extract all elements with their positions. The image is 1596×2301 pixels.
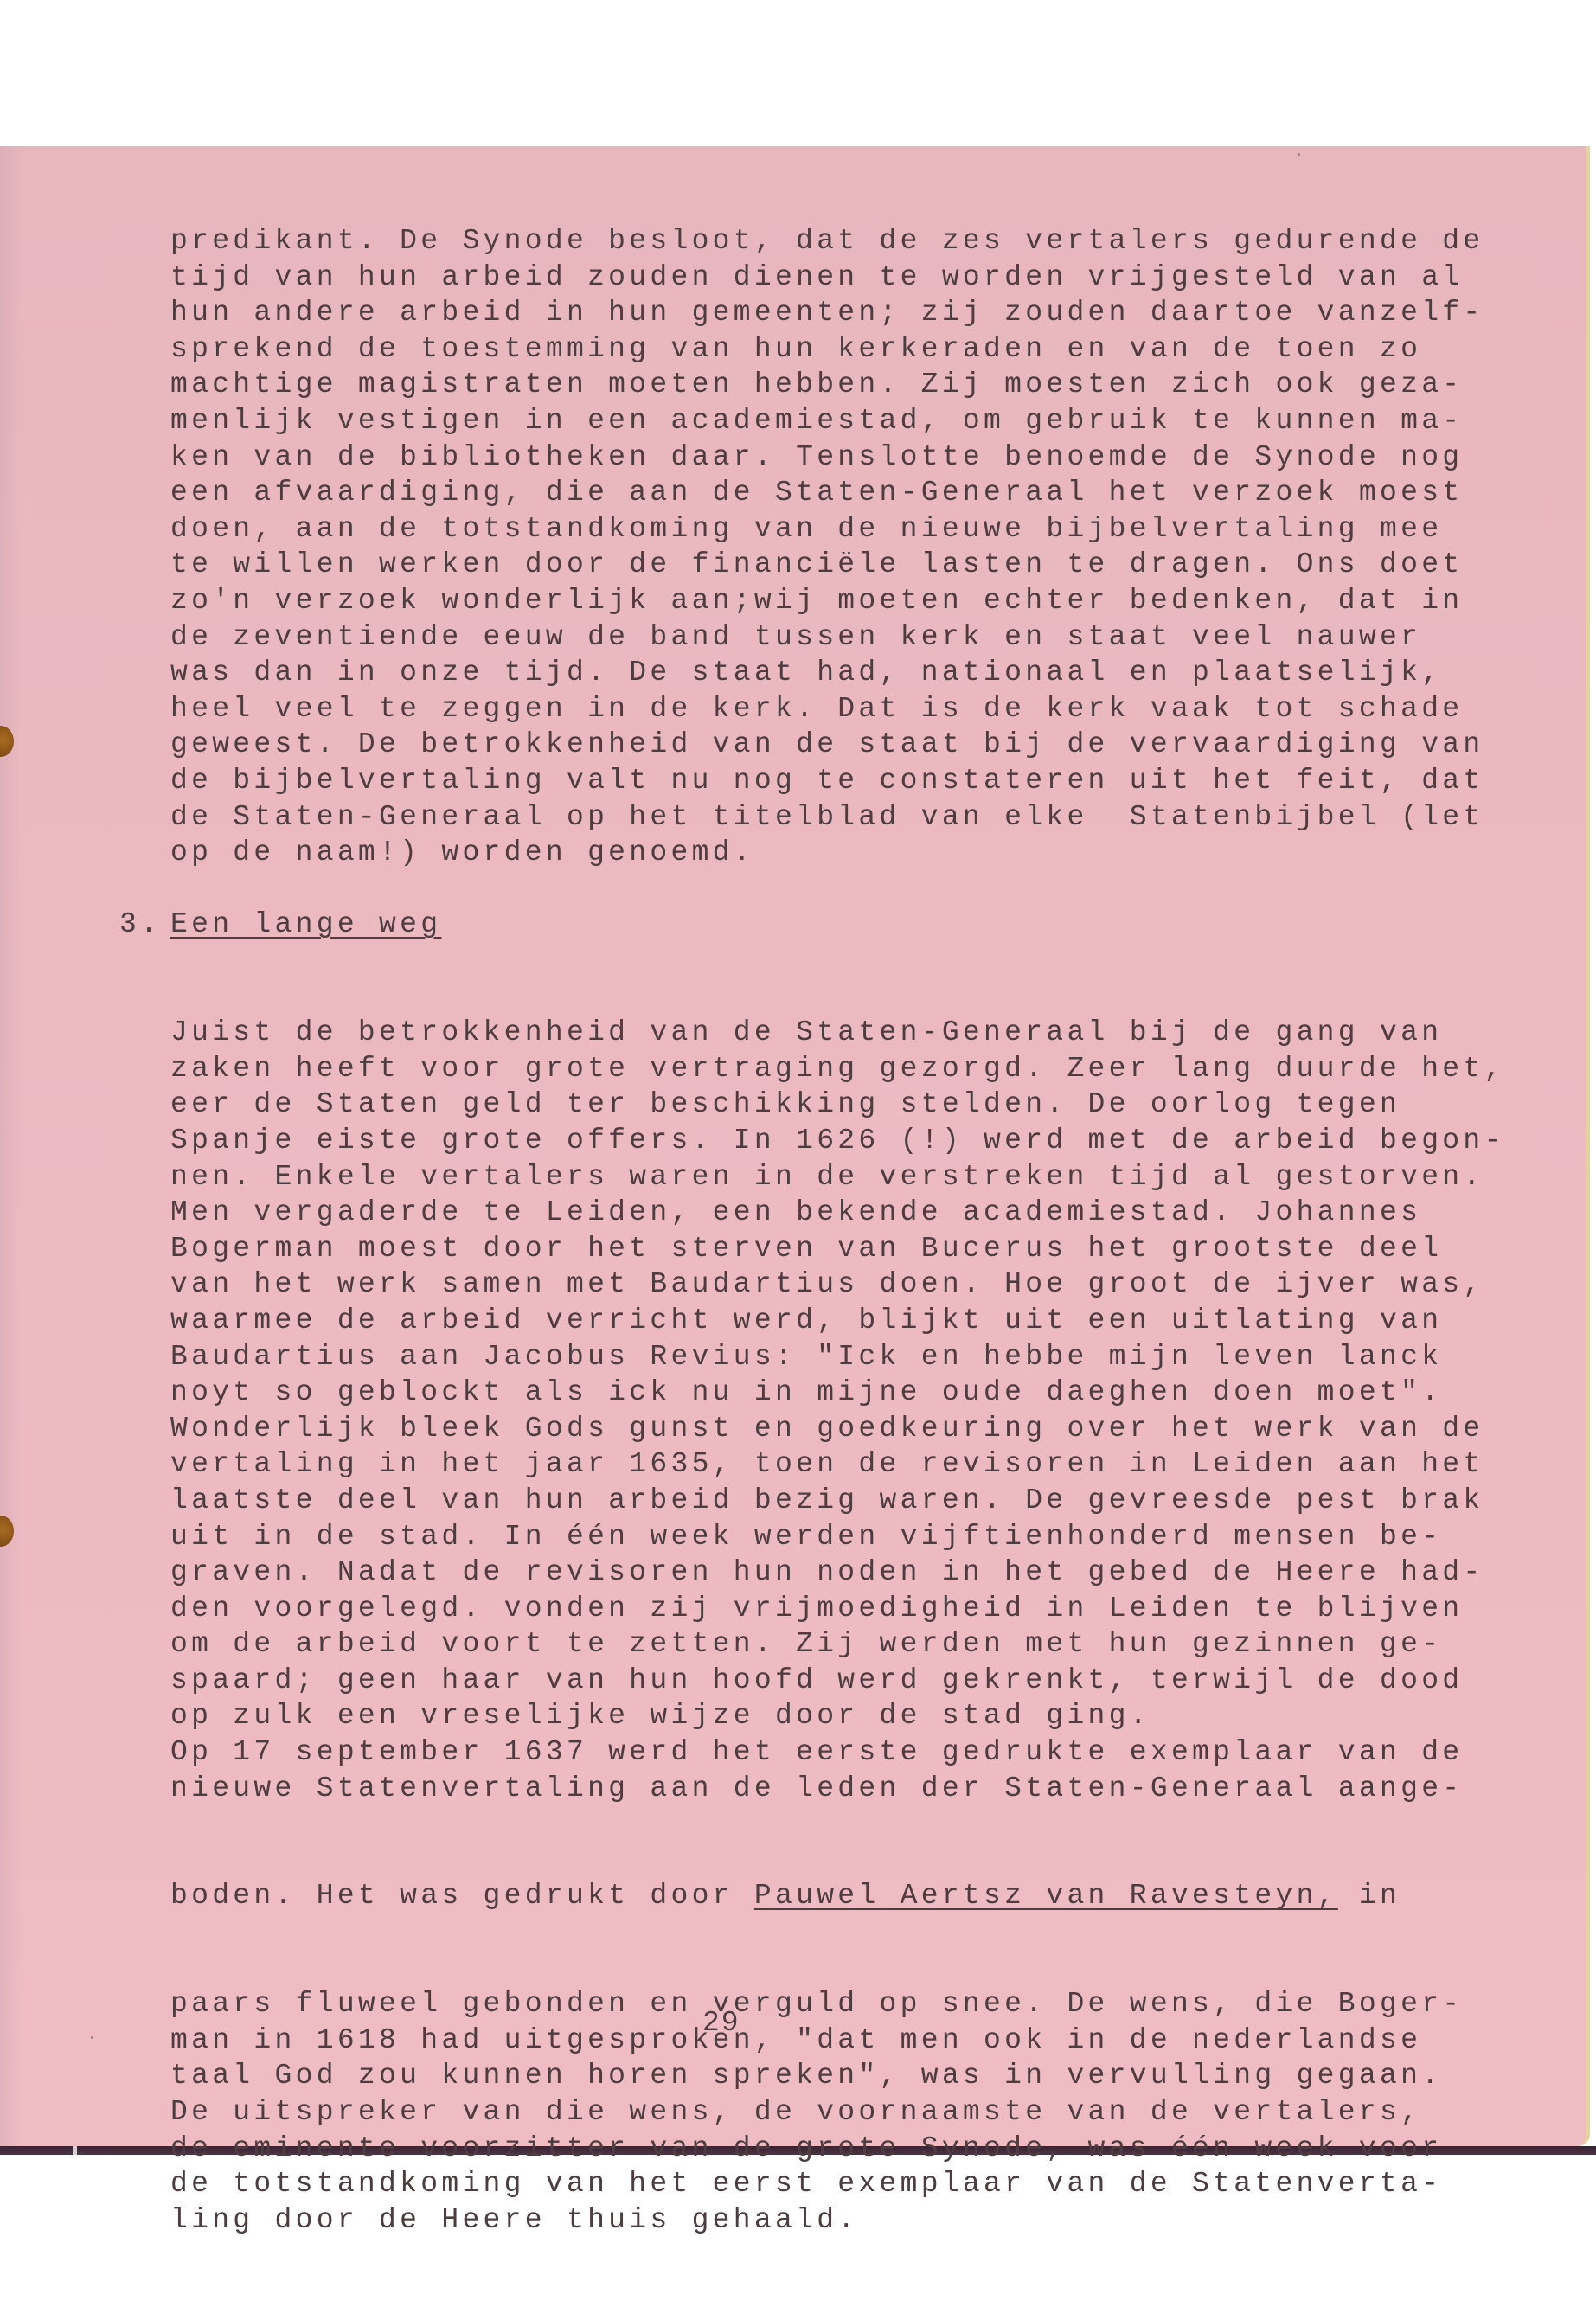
text-line: den voorgelegd. vonden zij vrijmoedighei…: [170, 1591, 1505, 1627]
text-line: een afvaardiging, die aan de Staten-Gene…: [170, 475, 1484, 511]
text-line: waarmee de arbeid verricht werd, blijkt …: [170, 1303, 1505, 1339]
printer-name-underlined: Pauwel Aertsz van Ravesteyn,: [754, 1880, 1338, 1912]
text-line: op zulk een vreselijke wijze door de sta…: [170, 1698, 1505, 1734]
text-line: was dan in onze tijd. De staat had, nati…: [170, 655, 1484, 691]
text-line: de totstandkoming van het eerst exemplaa…: [170, 2166, 1505, 2202]
text-line: Baudartius aan Jacobus Revius: "Ick en h…: [170, 1339, 1505, 1375]
section-2-body: Juist de betrokkenheid van de Staten-Gen…: [170, 943, 1505, 2274]
text-line: de zeventiende eeuw de band tussen kerk …: [170, 619, 1484, 656]
section-title: Een lange weg: [170, 908, 441, 940]
text-line: uit in de stad. In één week werden vijft…: [170, 1519, 1505, 1555]
text-line: Bogerman moest door het sterven van Buce…: [170, 1231, 1505, 1267]
text-line: laatste deel van hun arbeid bezig waren.…: [170, 1483, 1505, 1519]
text-line: De uitspreker van die wens, de voornaams…: [170, 2094, 1505, 2131]
text-line: de Staten-Generaal op het titelblad van …: [170, 799, 1484, 836]
text-line: vertaling in het jaar 1635, toen de revi…: [170, 1446, 1505, 1483]
text-line: noyt so geblockt als ick nu in mijne oud…: [170, 1375, 1505, 1411]
text-line: taal God zou kunnen horen spreken", was …: [170, 2058, 1505, 2094]
binder-hole-bottom: [0, 1516, 14, 1547]
text-line: Spanje eiste grote offers. In 1626 (!) w…: [170, 1123, 1505, 1159]
paper-speck: [91, 2036, 93, 2039]
text-line: nen. Enkele vertalers waren in de verstr…: [170, 1159, 1505, 1195]
text-line: heel veel te zeggen in de kerk. Dat is d…: [170, 691, 1484, 727]
text-line: tijd van hun arbeid zouden dienen te wor…: [170, 260, 1484, 296]
text-line: van het werk samen met Baudartius doen. …: [170, 1266, 1505, 1303]
text-line: Op 17 september 1637 werd het eerste ged…: [170, 1734, 1505, 1771]
text-fragment: in: [1338, 1880, 1401, 1912]
text-line: doen, aan de totstandkoming van de nieuw…: [170, 511, 1484, 548]
text-line: Wonderlijk bleek Gods gunst en goedkeuri…: [170, 1411, 1505, 1447]
binder-hole-top: [0, 726, 14, 757]
text-line: hun andere arbeid in hun gemeenten; zij …: [170, 295, 1484, 331]
text-line: machtige magistraten moeten hebben. Zij …: [170, 367, 1484, 403]
text-line-with-underline: boden. Het was gedrukt door Pauwel Aerts…: [170, 1878, 1505, 1914]
text-line: eer de Staten geld ter beschikking steld…: [170, 1086, 1505, 1123]
page-number: 29: [702, 2007, 740, 2039]
text-line: de bijbelvertaling valt nu nog te consta…: [170, 763, 1484, 799]
text-line: te willen werken door de financiële last…: [170, 547, 1484, 583]
text-line: spaard; geen haar van hun hoofd werd gek…: [170, 1663, 1505, 1699]
text-line: Juist de betrokkenheid van de Staten-Gen…: [170, 1015, 1505, 1051]
text-line: ling door de Heere thuis gehaald.: [170, 2202, 1505, 2239]
text-line: op de naam!) worden genoemd.: [170, 835, 1484, 871]
text-line: man in 1618 had uitgesproken, "dat men o…: [170, 2022, 1505, 2059]
section-heading: 3.Een lange weg: [119, 907, 441, 943]
text-line: de eminente voorzitter van de grote Syno…: [170, 2131, 1505, 2167]
text-line: ken van de bibliotheken daar. Tenslotte …: [170, 439, 1484, 476]
text-line: nieuwe Statenvertaling aan de leden der …: [170, 1771, 1505, 1807]
paper-speck: [1298, 153, 1300, 156]
text-line: paars fluweel gebonden en verguld op sne…: [170, 1986, 1505, 2022]
text-line: graven. Nadat de revisoren hun noden in …: [170, 1554, 1505, 1591]
text-line: om de arbeid voort te zetten. Zij werden…: [170, 1626, 1505, 1663]
text-line: predikant. De Synode besloot, dat de zes…: [170, 223, 1484, 260]
text-line: zaken heeft voor grote vertraging gezorg…: [170, 1051, 1505, 1087]
section-1-body: predikant. De Synode besloot, dat de zes…: [170, 223, 1484, 871]
text-fragment: boden. Het was gedrukt door: [170, 1880, 754, 1912]
text-line: zo'n verzoek wonderlijk aan;wij moeten e…: [170, 583, 1484, 619]
text-line: Men vergaderde te Leiden, een bekende ac…: [170, 1195, 1505, 1231]
section-number: 3.: [119, 907, 170, 943]
text-line: geweest. De betrokkenheid van de staat b…: [170, 727, 1484, 763]
text-line: menlijk vestigen in een academiestad, om…: [170, 403, 1484, 439]
text-line: sprekend de toestemming van hun kerkerad…: [170, 331, 1484, 368]
